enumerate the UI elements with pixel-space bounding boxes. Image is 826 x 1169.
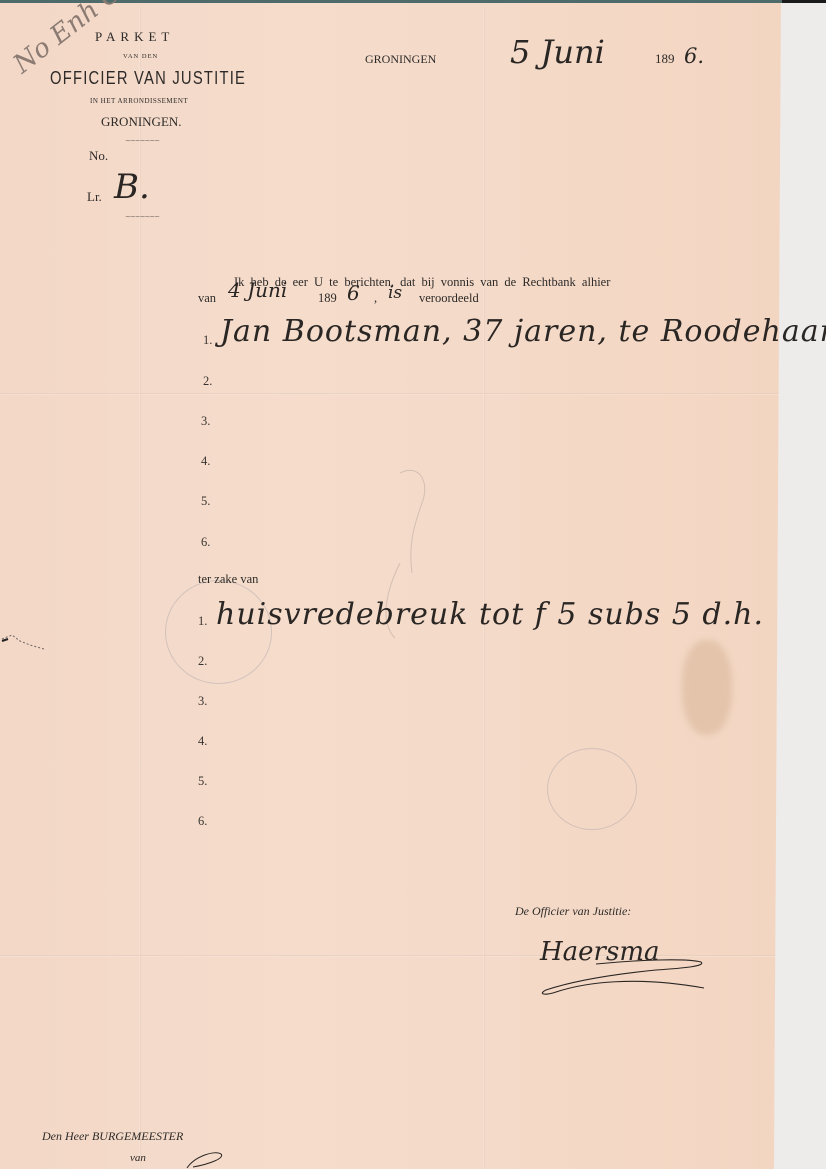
judgment-year-printed: 189 bbox=[318, 291, 337, 306]
intro-text: Ik heb de eer U te berichten, dat bij vo… bbox=[234, 275, 610, 290]
list-item-number: 2. bbox=[198, 654, 207, 669]
dateline-date-handwritten: 5 Juni bbox=[510, 33, 605, 71]
list-item-number: 4. bbox=[198, 734, 207, 749]
list-item-number: 1. bbox=[203, 333, 212, 348]
dateline-year-printed: 189 bbox=[655, 51, 675, 67]
ter-zake-label: ter zake van bbox=[198, 572, 258, 587]
letterhead-subtitle: VAN DEN bbox=[123, 53, 158, 60]
comma: , bbox=[374, 291, 377, 306]
dateline-year-handwritten: 6. bbox=[684, 44, 704, 68]
list-item-number: 3. bbox=[198, 694, 207, 709]
signature-flourish bbox=[536, 952, 708, 996]
fold-line-vertical bbox=[483, 6, 485, 1169]
letter-label: Lr. bbox=[87, 189, 102, 205]
list-item-number: 6. bbox=[198, 814, 207, 829]
list-item-number: 4. bbox=[201, 454, 210, 469]
list-item-number: 5. bbox=[201, 494, 210, 509]
letterhead-title: PARKET bbox=[95, 29, 174, 45]
dateline-place: GRONINGEN bbox=[365, 52, 436, 67]
scan-top-edge-dark bbox=[782, 0, 826, 3]
signature-title: De Officier van Justitie: bbox=[515, 904, 631, 919]
judgment-date-handwritten: 4 Juni bbox=[228, 278, 287, 302]
is-handwritten: is bbox=[388, 283, 402, 303]
letterhead-district-label: IN HET ARRONDISSEMENT bbox=[90, 97, 188, 105]
postmark-stamp bbox=[547, 748, 637, 830]
offence-entry-handwritten: huisvredebreuk tot f 5 subs 5 d.h. bbox=[216, 597, 764, 632]
fold-line-horizontal bbox=[0, 393, 781, 395]
list-item-number: 5. bbox=[198, 774, 207, 789]
address-handwriting-fragment bbox=[185, 1148, 225, 1169]
list-item-number: 1. bbox=[198, 614, 207, 629]
veroordeeld-label: veroordeeld bbox=[419, 291, 479, 306]
convicted-entry-handwritten: Jan Bootsman, 37 jaren, te Roodehaan bbox=[220, 314, 826, 349]
addressee-line2: van bbox=[130, 1152, 146, 1164]
paper-tear-mark bbox=[0, 631, 48, 651]
addressee-line1: Den Heer BURGEMEESTER bbox=[42, 1129, 183, 1144]
judgment-year-handwritten: 6 bbox=[347, 281, 360, 305]
letterhead-city: GRONINGEN. bbox=[101, 114, 182, 130]
paper-stain bbox=[682, 640, 732, 735]
list-item-number: 6. bbox=[201, 535, 210, 550]
van-label: van bbox=[198, 291, 216, 306]
list-item-number: 2. bbox=[203, 374, 212, 389]
ornament-divider: ~~~~~~~ bbox=[125, 137, 159, 145]
ornament-divider: ~~~~~~~ bbox=[125, 213, 159, 221]
number-label: No. bbox=[89, 148, 108, 164]
list-item-number: 3. bbox=[201, 414, 210, 429]
letterhead-office: OFFICIER VAN JUSTITIE bbox=[50, 68, 246, 89]
letter-value-handwritten: B. bbox=[114, 167, 150, 207]
postmark-stamp bbox=[165, 580, 272, 684]
